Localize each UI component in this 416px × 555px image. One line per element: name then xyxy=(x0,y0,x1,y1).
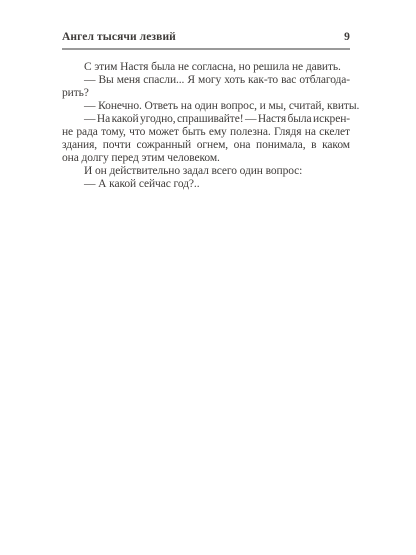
text-line: здания,почтисожранныйогнем,онапонимала,в… xyxy=(62,139,350,152)
running-header: Ангел тысячи лезвий 9 xyxy=(62,30,350,50)
book-title: Ангел тысячи лезвий xyxy=(62,30,176,44)
page-content: Ангел тысячи лезвий 9 С этим Настя была … xyxy=(62,0,350,191)
body-text: С этим Настя была не согласна, но решила… xyxy=(62,61,350,191)
text-line: — А какой сейчас год?.. xyxy=(62,178,350,191)
text-line: нерадатому,чтоможетбытьемуполезна.Глядян… xyxy=(62,126,350,139)
book-page: Ангел тысячи лезвий 9 С этим Настя была … xyxy=(0,0,416,555)
text-line: —Выменяспасли...Ямогухотькак-товасотблаг… xyxy=(62,74,350,87)
page-number: 9 xyxy=(344,30,350,44)
text-line: И он действительно задал всего один вопр… xyxy=(62,165,350,178)
text-line: она долгу перед этим человеком. xyxy=(62,152,350,165)
text-line: рить? xyxy=(62,87,350,100)
text-line: —Накакойугодно,спрашивайте!—Настябылаиск… xyxy=(62,113,350,126)
text-line: — Конечно. Ответь на один вопрос, и мы, … xyxy=(62,100,350,113)
text-line: С этим Настя была не согласна, но решила… xyxy=(62,61,350,74)
